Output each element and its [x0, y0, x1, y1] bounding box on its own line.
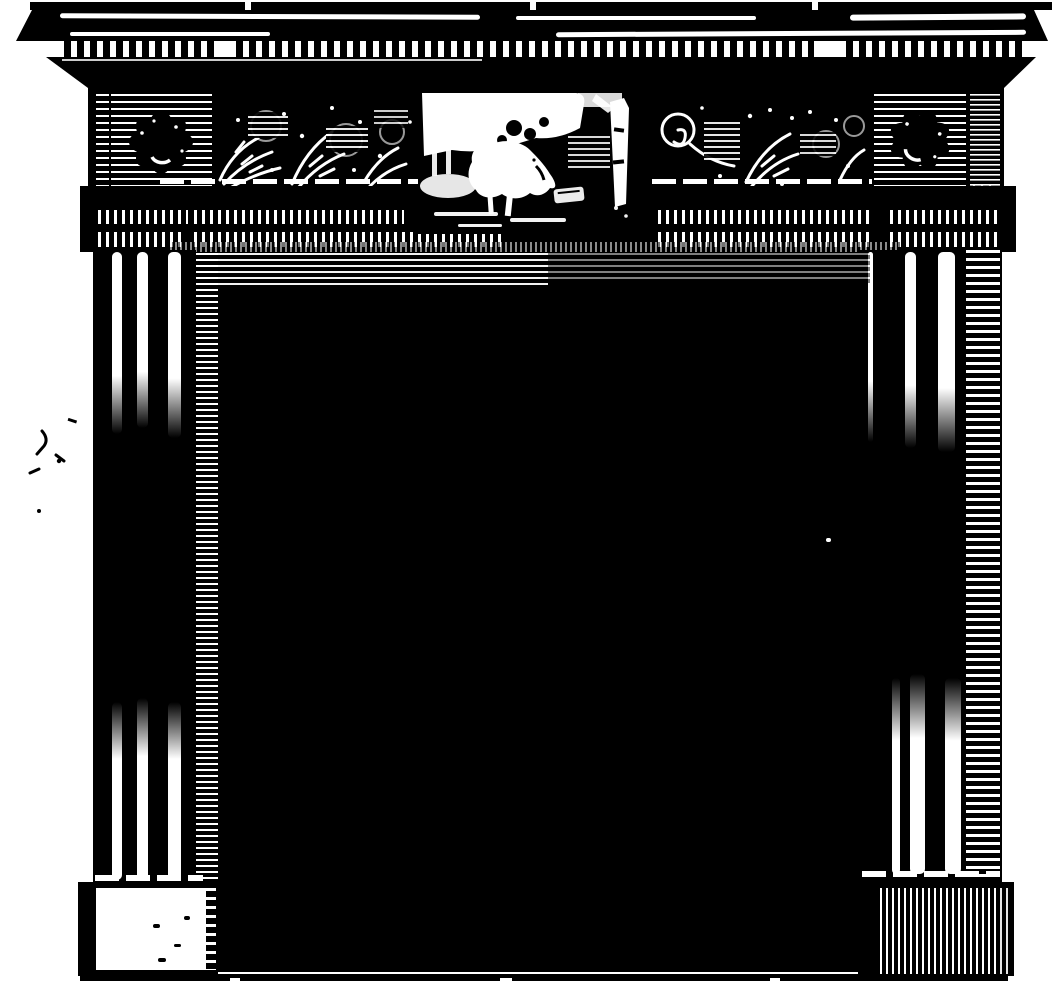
plinth-right-face: [880, 888, 996, 974]
frieze-left-fluted-strip: [96, 94, 109, 190]
flute-highlight: [137, 252, 148, 428]
shelf-highlight: [60, 13, 480, 19]
shelf-top-edge-gap: [245, 2, 251, 10]
plinth-right-outer-strip: [1000, 888, 1012, 974]
flute-highlight: [112, 702, 122, 880]
pilaster-right-outer-hatch: [966, 250, 1000, 888]
plinth-left-face: [96, 888, 206, 970]
shelf-top-edge: [30, 2, 1052, 10]
dentil-course: [840, 41, 1028, 57]
flute-highlight: [910, 674, 925, 874]
opening-white-fleck: [826, 538, 831, 542]
foliage-hatch: [568, 134, 610, 168]
flute-highlight: [168, 252, 181, 438]
fireplace-mantel-engraving: [0, 0, 1061, 983]
stray-ink-marks: [26, 415, 96, 545]
bead-molding-row: [194, 210, 404, 224]
hatched-scroll-patch: [800, 132, 836, 156]
flute-highlight: [112, 252, 122, 434]
shelf-highlight: [556, 30, 1026, 37]
fireplace-opening: [195, 250, 872, 972]
ground-line: [80, 974, 1008, 981]
architrave-left-hatch: [196, 253, 218, 890]
frieze-base-highlight: [160, 179, 424, 184]
flute-highlight: [168, 702, 181, 880]
fence-post: [432, 152, 437, 176]
flute-highlight: [892, 678, 900, 874]
plinth-right: [858, 882, 1014, 976]
fence-post: [446, 150, 451, 174]
ground-patch: [420, 174, 476, 198]
plinth-left-edge-beads: [206, 888, 216, 970]
hatched-scroll-patch: [704, 120, 740, 160]
shelf-highlight: [70, 32, 270, 36]
architrave-top-hatch: [198, 253, 548, 289]
animal-eye: [532, 158, 535, 161]
shelf-top-edge-gap: [812, 2, 818, 10]
hatched-scroll-patch: [374, 108, 408, 128]
cornice-step-highlight: [62, 59, 482, 61]
pilaster-left: [93, 250, 196, 888]
frieze-base-highlight: [652, 179, 872, 184]
bead-molding-row: [890, 232, 1002, 247]
cornice-step: [46, 57, 1036, 88]
flute-highlight: [938, 252, 955, 452]
shelf-band: [16, 10, 1048, 41]
hatched-scroll-patch: [248, 112, 288, 138]
bead-molding-row: [98, 210, 188, 224]
column-base-highlight: [95, 875, 203, 881]
shelf-top-edge-gap: [530, 2, 536, 10]
flute-highlight: [945, 678, 961, 874]
shelf-highlight: [850, 13, 1026, 20]
fine-dash-row: [170, 242, 900, 252]
panel-fluted-strip: [970, 94, 1000, 186]
rosette-panel-right: [874, 94, 1000, 190]
shelf-highlight: [516, 16, 756, 20]
plinth-left: [78, 882, 218, 976]
architrave-top-hatch: [548, 253, 870, 283]
bead-molding-row: [890, 210, 1002, 224]
column-base-highlight: [862, 871, 1000, 877]
dentil-course: [58, 41, 218, 57]
dentil-course: [230, 41, 814, 57]
center-tablet-scene: [418, 88, 650, 234]
hatched-scroll-patch: [326, 126, 368, 152]
flute-highlight: [905, 252, 916, 448]
rosette-panel-left: [111, 94, 212, 190]
flute-highlight: [137, 698, 148, 880]
bead-molding-row: [658, 210, 874, 224]
